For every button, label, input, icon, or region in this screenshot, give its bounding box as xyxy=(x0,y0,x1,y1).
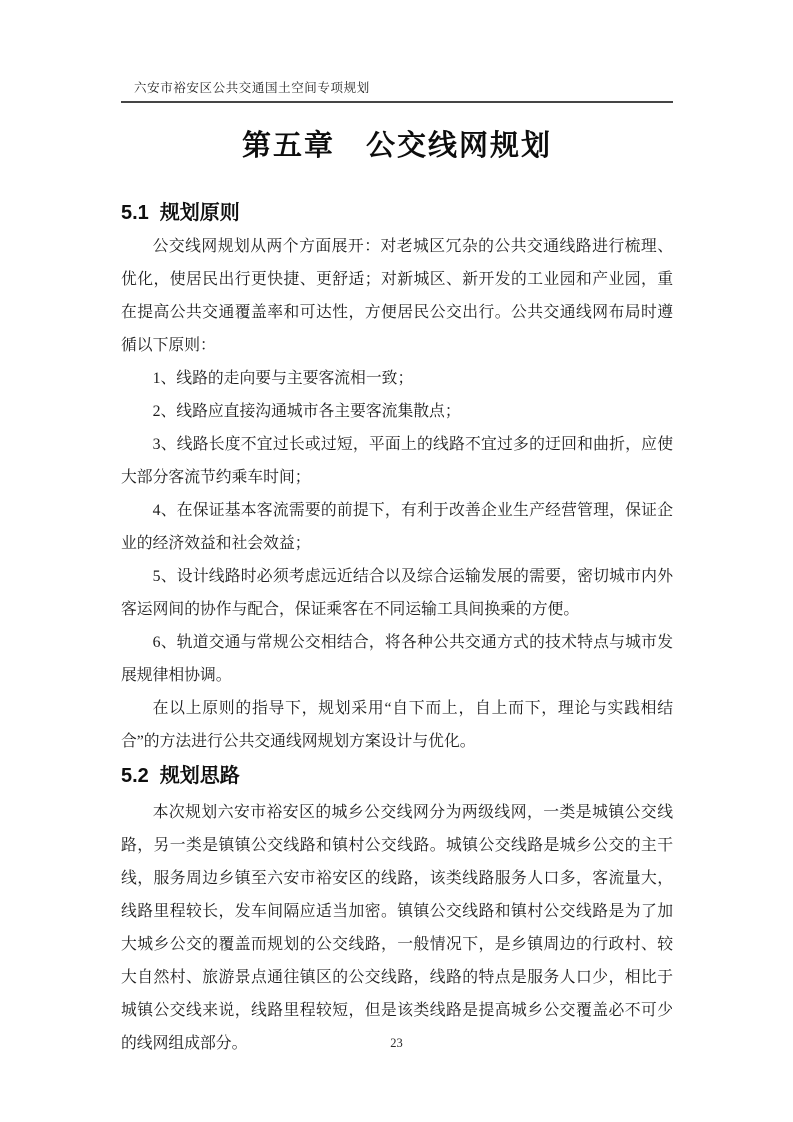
principle-item-4: 4、在保证基本客流需要的前提下，有利于改善企业生产经营管理，保证企业的经济效益和… xyxy=(121,494,673,560)
principle-item-3: 3、线路长度不宜过长或过短，平面上的线路不宜过多的迂回和曲折，应使大部分客流节约… xyxy=(121,428,673,494)
principle-item-2: 2、线路应直接沟通城市各主要客流集散点； xyxy=(121,395,673,428)
section-body-5-2: 本次规划六安市裕安区的城乡公交线网分为两级线网，一类是城镇公交线路，另一类是镇镇… xyxy=(121,796,673,1060)
section-title: 规划原则 xyxy=(160,202,240,224)
para-method: 在以上原则的指导下，规划采用“自下而上，自上而下，理论与实践相结合”的方法进行公… xyxy=(121,692,673,758)
chapter-title: 第五章 公交线网规划 xyxy=(121,125,673,167)
section-heading-5-1: 5.1规划原则 xyxy=(121,199,673,227)
running-header: 六安市裕安区公共交通国土空间专项规划 xyxy=(121,0,673,96)
para-intro: 公交线网规划从两个方面展开：对老城区冗杂的公共交通线路进行梳理、优化，使居民出行… xyxy=(121,230,673,362)
principle-item-6: 6、轨道交通与常规公交相结合，将各种公共交通方式的技术特点与城市发展规律相协调。 xyxy=(121,626,673,692)
document-page: 六安市裕安区公共交通国土空间专项规划 第五章 公交线网规划 5.1规划原则 公交… xyxy=(121,0,673,1060)
section-title: 规划思路 xyxy=(160,765,240,787)
page-number: 23 xyxy=(0,1036,793,1051)
header-rule-divider xyxy=(121,101,673,103)
principle-item-1: 1、线路的走向要与主要客流相一致； xyxy=(121,362,673,395)
section-number: 5.2 xyxy=(121,765,149,787)
section-body-5-1: 公交线网规划从两个方面展开：对老城区冗杂的公共交通线路进行梳理、优化，使居民出行… xyxy=(121,230,673,758)
section-heading-5-2: 5.2规划思路 xyxy=(121,762,673,790)
principle-item-5: 5、设计线路时必须考虑远近结合以及综合运输发展的需要，密切城市内外客运网间的协作… xyxy=(121,560,673,626)
section-number: 5.1 xyxy=(121,202,149,224)
para-planning-approach: 本次规划六安市裕安区的城乡公交线网分为两级线网，一类是城镇公交线路，另一类是镇镇… xyxy=(121,796,673,1060)
